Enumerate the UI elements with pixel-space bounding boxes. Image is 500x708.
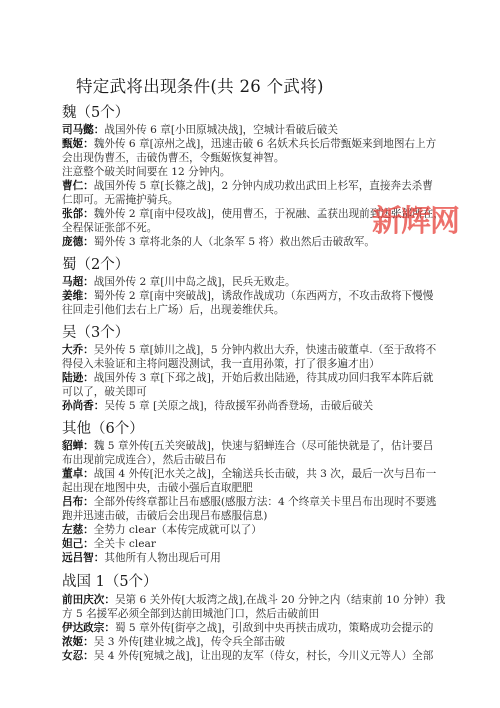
- section-heading-wei: 魏（5个）: [62, 101, 129, 122]
- entry-text: 战国外传 5 章[长篠之战]，2 分钟内成功救出武田上杉军，直接奔去杀曹: [94, 180, 433, 192]
- general-name: 貂蝉：: [62, 440, 94, 452]
- general-name: 伊达政宗：: [62, 622, 115, 634]
- entry-line: 貂蝉：魏 5 章外传[五关突破战]，快速与貂蝉连合（尽可能快就是了，估计要吕: [62, 440, 433, 453]
- entry-text: 全部外传终章都让吕布感服(感服方法：4 个终章关卡里吕布出现时不要逃: [94, 496, 437, 508]
- entry-text: 吴传 5 章 [关原之战]，待敌援军孙尚香登场，击破后破关: [104, 400, 373, 412]
- general-name: 司马懿：: [62, 124, 104, 136]
- entry-line: 布出现前完成连合），然后击破吕布: [62, 454, 226, 467]
- entry-line: 仁即可。无需掩护骑兵。: [62, 194, 179, 207]
- general-name: 陆逊：: [62, 372, 94, 384]
- entry-text: 蜀 5 章外传[街亭之战]，引敌到中央再挟击成功，策略成功会提示的: [115, 622, 433, 634]
- entry-text: 蜀外传 2 章[南中突破战]，诱敌作战成功（东西两方，不攻击敌将下慢慢: [94, 290, 434, 302]
- entry-line: 庞德：蜀外传 3 章将北条的人（北条军 5 将）救出然后击破敌军。: [62, 236, 375, 249]
- general-name: 张郃：: [62, 208, 94, 220]
- entry-text: 跑并迅速击破，击破后会出现吕布感服信息): [62, 510, 267, 522]
- entry-line: 注意整个破关时间要在 12 分钟内。: [62, 166, 231, 179]
- entry-line: 甄姬：魏外传 6 章[凉州之战]，迅速击破 6 名妖术兵长后带甄姬来到地图右上方: [62, 138, 436, 151]
- entry-line: 吕布：全部外传终章都让吕布感服(感服方法：4 个终章关卡里吕布出现时不要逃: [62, 496, 436, 509]
- entry-text: 全关卡 clear: [94, 538, 156, 550]
- entry-text: 起出现在地图中央，击破小强后直取肥肥: [62, 482, 253, 494]
- general-name: 孙尚香：: [62, 400, 104, 412]
- entry-line: 跑并迅速击破，击破后会出现吕布感服信息): [62, 510, 267, 523]
- entry-line: 会出现伪曹丕，击破伪曹丕，令甄姬恢复神智。: [62, 152, 284, 165]
- entry-text: 会出现伪曹丕，击破伪曹丕，令甄姬恢复神智。: [62, 152, 284, 164]
- general-name: 董卓：: [62, 468, 94, 480]
- general-name: 左慈：: [62, 524, 94, 536]
- entry-line: 起出现在地图中央，击破小强后直取肥肥: [62, 482, 253, 495]
- entry-text: 注意整个破关时间要在 12 分钟内。: [62, 166, 231, 178]
- general-name: 曹仁：: [62, 180, 94, 192]
- general-name: 前田庆次：: [62, 594, 115, 606]
- entry-line: 往回走引他们去右上广场）后，出现姜维伏兵。: [62, 304, 284, 317]
- entry-text: 布出现前完成连合），然后击破吕布: [62, 454, 226, 466]
- entry-text: 其他所有人物出现后可用: [104, 552, 221, 564]
- entry-line: 姜维：蜀外传 2 章[南中突破战]，诱敌作战成功（东西两方，不攻击敌将下慢慢: [62, 290, 433, 303]
- entry-line: 妲己：全关卡 clear: [62, 538, 156, 551]
- general-name: 吕布：: [62, 496, 94, 508]
- entry-text: 吴第 6 关外传[大坂湾之战],在战斗 20 分钟之内（结束前 10 分钟）我: [115, 594, 445, 606]
- entry-line: 大乔：吴外传 5 章[姉川之战]，5 分钟内救出大乔，快速击破董卓.（至于敌将不: [62, 344, 436, 357]
- general-name: 姜维：: [62, 290, 94, 302]
- entry-line: 方 5 名援军必须全部到达前田城池门口，然后击破前田: [62, 608, 319, 621]
- entry-text: 吴 3 外传[建业城之战]，传令兵全部击破: [94, 636, 285, 648]
- entry-text: 战国外传 3 章[下邳之战]，开始后救出陆逊，待其成功回归我军本阵后就: [94, 372, 434, 384]
- general-name: 妲己：: [62, 538, 94, 550]
- entry-line: 陆逊：战国外传 3 章[下邳之战]，开始后救出陆逊，待其成功回归我军本阵后就: [62, 372, 433, 385]
- entry-text: 魏 5 章外传[五关突破战]，快速与貂蝉连合（尽可能快就是了，估计要吕: [94, 440, 434, 452]
- entry-line: 浓姬：吴 3 外传[建业城之战]，传令兵全部击破: [62, 636, 285, 649]
- entry-text: 得侵入未验证和主将问题没测试，我一直用孙策，打了很多遍才出）: [62, 358, 380, 370]
- general-name: 庞德：: [62, 236, 94, 248]
- entry-line: 可以了，破关即可: [62, 386, 147, 399]
- general-name: 甄姬：: [62, 138, 94, 150]
- entry-line: 董卓：战国 4 外传[汜水关之战]，全输送兵长击破，共 3 次，最后一次与吕布一: [62, 468, 436, 481]
- entry-line: 得侵入未验证和主将问题没测试，我一直用孙策，打了很多遍才出）: [62, 358, 380, 371]
- section-heading-sengoku: 战国 1（5个）: [62, 570, 158, 591]
- section-heading-other: 其他（6个）: [62, 417, 144, 438]
- general-name: 女忍：: [62, 650, 94, 662]
- section-heading-shu: 蜀（2个）: [62, 253, 129, 274]
- general-name: 马超：: [62, 276, 94, 288]
- general-name: 远吕智：: [62, 552, 104, 564]
- watermark-logo: 新辉网: [372, 196, 459, 240]
- entry-text: 全程保证张郃不死。: [62, 222, 157, 234]
- entry-line: 左慈：全势力 clear（本传完成就可以了）: [62, 524, 262, 537]
- entry-text: 全势力 clear（本传完成就可以了）: [94, 524, 262, 536]
- entry-line: 孙尚香：吴传 5 章 [关原之战]，待敌援军孙尚香登场，击破后破关: [62, 400, 373, 413]
- entry-line: 马超：战国外传 2 章[川中岛之战]，民兵无败走。: [62, 276, 296, 289]
- entry-text: 魏外传 6 章[凉州之战]，迅速击破 6 名妖术兵长后带甄姬来到地图右上方: [94, 138, 436, 150]
- entry-text: 蜀外传 3 章将北条的人（北条军 5 将）救出然后击破敌军。: [94, 236, 375, 248]
- entry-line: 前田庆次：吴第 6 关外传[大坂湾之战],在战斗 20 分钟之内（结束前 10 …: [62, 594, 445, 607]
- entry-text: 往回走引他们去右上广场）后，出现姜维伏兵。: [62, 304, 284, 316]
- general-name: 大乔：: [62, 344, 94, 356]
- general-name: 浓姬：: [62, 636, 94, 648]
- entry-line: 曹仁：战国外传 5 章[长篠之战]，2 分钟内成功救出武田上杉军，直接奔去杀曹: [62, 180, 433, 193]
- document-title: 特定武将出现条件(共 26 个武将): [76, 73, 324, 97]
- entry-line: 司马懿：战国外传 6 章[小田原城决战]，空城计看破后破关: [62, 124, 338, 137]
- entry-text: 吴外传 5 章[姉川之战]，5 分钟内救出大乔，快速击破董卓.（至于敌将不: [94, 344, 436, 356]
- entry-text: 可以了，破关即可: [62, 386, 147, 398]
- entry-text: 仁即可。无需掩护骑兵。: [62, 194, 179, 206]
- entry-text: 战国外传 2 章[川中岛之战]，民兵无败走。: [94, 276, 296, 288]
- entry-line: 全程保证张郃不死。: [62, 222, 157, 235]
- entry-text: 战国 4 外传[汜水关之战]，全输送兵长击破，共 3 次，最后一次与吕布一: [94, 468, 436, 480]
- entry-text: 方 5 名援军必须全部到达前田城池门口，然后击破前田: [62, 608, 319, 620]
- section-heading-wu: 吴（3个）: [62, 321, 129, 342]
- entry-line: 伊达政宗：蜀 5 章外传[街亭之战]，引敌到中央再挟击成功，策略成功会提示的: [62, 622, 433, 635]
- entry-line: 女忍：吴 4 外传[宛城之战]，让出现的友军（侍女，村长，今川义元等人）全部: [62, 650, 433, 663]
- entry-text: 吴 4 外传[宛城之战]，让出现的友军（侍女，村长，今川义元等人）全部: [94, 650, 434, 662]
- entry-line: 远吕智：其他所有人物出现后可用: [62, 552, 221, 565]
- entry-text: 战国外传 6 章[小田原城决战]，空城计看破后破关: [104, 124, 338, 136]
